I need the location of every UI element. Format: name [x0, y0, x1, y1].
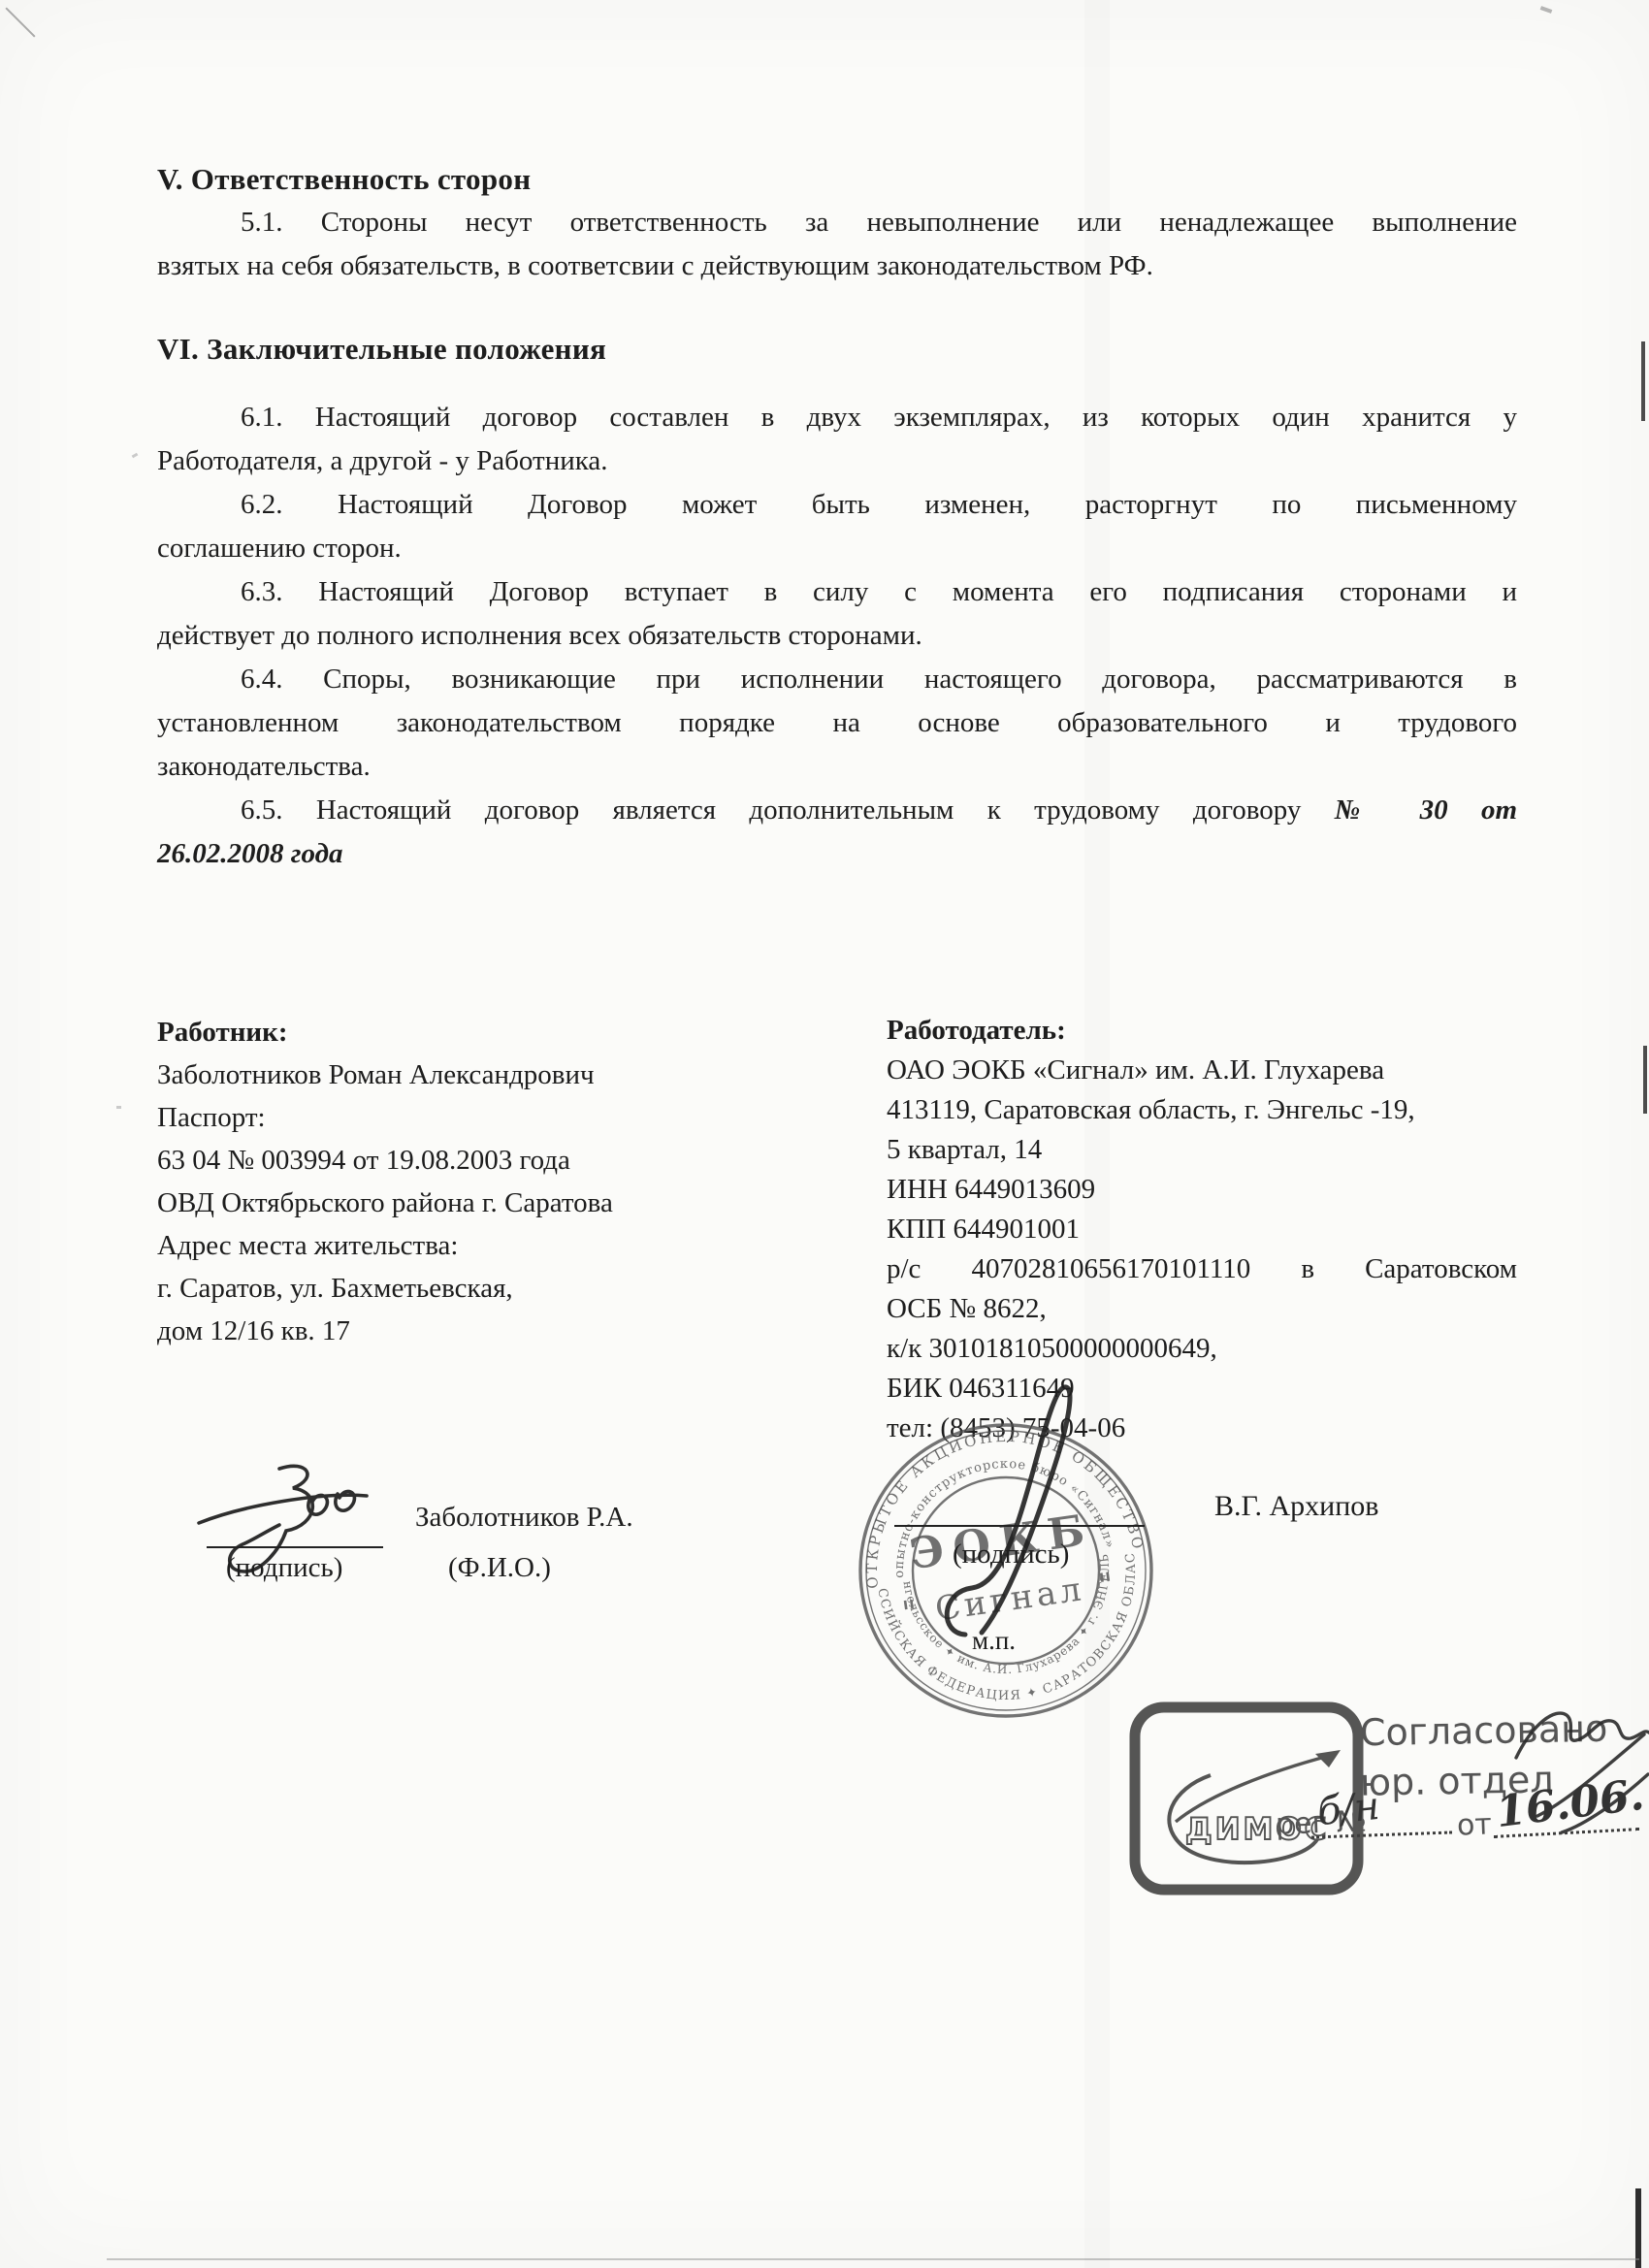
scan-corner-mark — [5, 7, 35, 37]
employer-name: ОАО ЭОКБ «Сигнал» им. А.И. Глухарева — [887, 1051, 1517, 1090]
employee-address-line: г. Саратов, ул. Бахметьевская, — [157, 1267, 725, 1310]
scan-bottom-line — [107, 2258, 1639, 2260]
employee-name-caption: (Ф.И.О.) — [448, 1552, 551, 1584]
employee-passport-number: 63 04 № 003994 от 19.08.2003 года — [157, 1139, 725, 1182]
clause-6-4-line: законодательства. — [157, 745, 1517, 789]
employee-column: Работник: Заболотников Роман Александров… — [157, 1011, 725, 1448]
employer-sign-name: В.Г. Архипов — [1214, 1490, 1378, 1523]
employer-address-line: 413119, Саратовская область, г. Энгельс … — [887, 1090, 1517, 1130]
contract-ref-number: № 30 от — [1335, 794, 1517, 826]
clause-6-1-line: 6.1. Настоящий договор составлен в двух … — [157, 396, 1517, 439]
employee-name: Заболотников Роман Александрович — [157, 1053, 725, 1096]
employee-passport-issuer: ОВД Октябрьского района г. Саратова — [157, 1182, 725, 1224]
clause-5-1-line: 5.1. Стороны несут ответственность за не… — [157, 201, 1517, 244]
clause-6-2-line: соглашению сторон. — [157, 527, 1517, 570]
contract-ref-date: 26.02.2008 года — [157, 832, 1517, 876]
employee-title: Работник: — [157, 1011, 725, 1053]
employee-passport-label: Паспорт: — [157, 1096, 725, 1139]
scan-speck — [132, 453, 139, 459]
clause-6-2-line: 6.2. Настоящий Договор может быть измене… — [157, 483, 1517, 527]
employer-account-line: р/с 40702810656170101110 в Саратовском — [887, 1249, 1517, 1289]
employer-title: Работодатель: — [887, 1011, 1517, 1051]
clause-6-1-line: Работодателя, а другой - у Работника. — [157, 439, 1517, 483]
parties-details: Работник: Заболотников Роман Александров… — [157, 1011, 1517, 1448]
employer-inn: ИНН 6449013609 — [887, 1170, 1517, 1210]
scanned-contract-page: V. Ответственность сторон 5.1. Стороны н… — [0, 0, 1649, 2268]
scan-edge-mark — [1635, 2188, 1641, 2268]
employer-kpp: КПП 644901001 — [887, 1210, 1517, 1249]
scan-edge-mark — [1641, 341, 1645, 421]
scan-speck — [1540, 6, 1553, 14]
approval-reg-value-handwriting: б/н — [1315, 1784, 1382, 1834]
scan-streak — [1084, 0, 1110, 2268]
employer-address-line: 5 квартал, 14 — [887, 1130, 1517, 1170]
clause-6-4-line: установленном законодательством порядке … — [157, 701, 1517, 745]
employee-sign-name: Заболотников Р.А. — [415, 1502, 633, 1534]
employee-sign-caption: (подпись) — [226, 1552, 342, 1584]
scan-edge-mark — [1643, 1046, 1647, 1114]
employee-signature-line — [207, 1546, 383, 1548]
approval-from-label: от — [1456, 1807, 1492, 1842]
clause-6-3-line: действует до полного исполнения всех обя… — [157, 614, 1517, 658]
employer-account-line: ОСБ № 8622, — [887, 1289, 1517, 1329]
employee-address-line: дом 12/16 кв. 17 — [157, 1310, 725, 1352]
section-vi-heading: VI. Заключительные положения — [157, 327, 1517, 371]
clause-6-5-text: 6.5. Настоящий договор является дополнит… — [241, 794, 1301, 826]
employer-corr-account: к/к 30101810500000000649, — [887, 1329, 1517, 1369]
employee-address-label: Адрес места жительства: — [157, 1224, 725, 1267]
scan-speck — [116, 1106, 121, 1109]
clause-6-5-line: 6.5. Настоящий договор является дополнит… — [157, 789, 1517, 832]
contract-body: V. Ответственность сторон 5.1. Стороны н… — [157, 157, 1517, 876]
clause-5-1-line: взятых на себя обязательств, в соответсв… — [157, 244, 1517, 288]
section-v-heading: V. Ответственность сторон — [157, 157, 1517, 201]
clause-6-3-line: 6.3. Настоящий Договор вступает в силу с… — [157, 570, 1517, 614]
clause-6-4-line: 6.4. Споры, возникающие при исполнении н… — [157, 658, 1517, 701]
